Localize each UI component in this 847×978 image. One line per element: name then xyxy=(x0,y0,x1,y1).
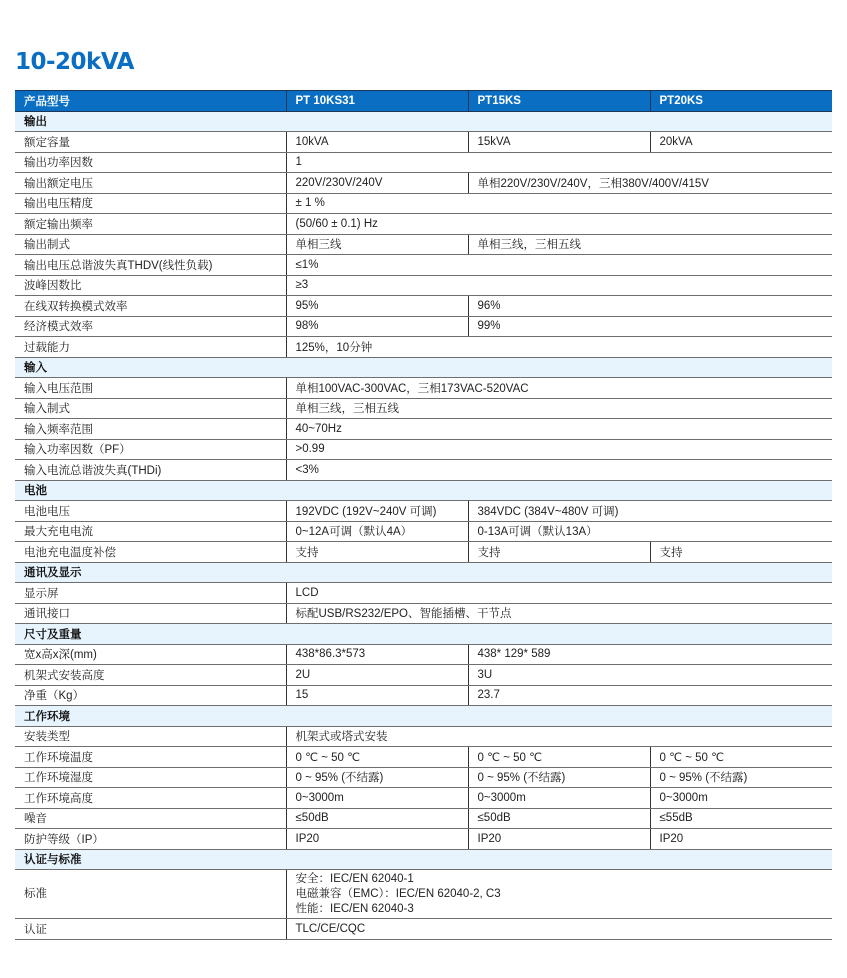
value-cell: IP20 xyxy=(650,829,832,850)
table-row: 噪音≤50dB≤50dB≤55dB xyxy=(15,808,832,829)
table-row: 输入频率范围40~70Hz xyxy=(15,419,832,440)
section-title: 工作环境 xyxy=(15,706,832,727)
row-label: 工作环境湿度 xyxy=(15,767,286,788)
row-label: 输入电压范围 xyxy=(15,378,286,399)
value-cell: IP20 xyxy=(468,829,650,850)
value-cell: 支持 xyxy=(468,542,650,563)
row-label: 波峰因数比 xyxy=(15,275,286,296)
value-cell: 0~3000m xyxy=(286,788,468,809)
table-row: 标准安全：IEC/EN 62040-1电磁兼容（EMC）：IEC/EN 6204… xyxy=(15,870,832,919)
value-cell: 0~3000m xyxy=(468,788,650,809)
row-label: 输入制式 xyxy=(15,398,286,419)
table-row: 输出电压精度± 1 % xyxy=(15,193,832,214)
section-row: 工作环境 xyxy=(15,706,832,727)
value-line: 性能：IEC/EN 62040-3 xyxy=(296,902,833,917)
table-row: 过载能力125%，10分钟 xyxy=(15,337,832,358)
value-cell: 支持 xyxy=(286,542,468,563)
row-label: 宽x高x深(mm) xyxy=(15,644,286,665)
section-title: 输入 xyxy=(15,357,832,378)
value-cell: ≤50dB xyxy=(468,808,650,829)
value-cell: 安全：IEC/EN 62040-1电磁兼容（EMC）：IEC/EN 62040-… xyxy=(286,870,832,919)
row-label: 输出电压总谐波失真THDV(线性负载) xyxy=(15,255,286,276)
section-title: 通讯及显示 xyxy=(15,562,832,583)
row-label: 工作环境高度 xyxy=(15,788,286,809)
value-cell: 98% xyxy=(286,316,468,337)
section-title: 输出 xyxy=(15,111,832,132)
value-cell: ≤50dB xyxy=(286,808,468,829)
table-row: 净重（Kg）1523.7 xyxy=(15,685,832,706)
table-row: 额定输出频率(50/60 ± 0.1) Hz xyxy=(15,214,832,235)
value-cell: 438*86.3*573 xyxy=(286,644,468,665)
value-cell: 单相三线 xyxy=(286,234,468,255)
row-label: 电池充电温度补偿 xyxy=(15,542,286,563)
row-label: 在线双转换模式效率 xyxy=(15,296,286,317)
section-row: 认证与标准 xyxy=(15,849,832,870)
value-cell: (50/60 ± 0.1) Hz xyxy=(286,214,832,235)
section-row: 尺寸及重量 xyxy=(15,624,832,645)
value-cell: <3% xyxy=(286,460,832,481)
header-cell-pt20ks: PT20KS xyxy=(650,91,832,112)
value-cell: 支持 xyxy=(650,542,832,563)
row-label: 电池电压 xyxy=(15,501,286,522)
table-row: 电池充电温度补偿支持支持支持 xyxy=(15,542,832,563)
table-row: 输出电压总谐波失真THDV(线性负载)≤1% xyxy=(15,255,832,276)
table-row: 输出制式单相三线单相三线，三相五线 xyxy=(15,234,832,255)
row-label: 额定输出频率 xyxy=(15,214,286,235)
header-cell-model-label: 产品型号 xyxy=(15,91,286,112)
value-cell: ≤55dB xyxy=(650,808,832,829)
table-row: 电池电压192VDC (192V~240V 可调)384VDC (384V~48… xyxy=(15,501,832,522)
table-header-row: 产品型号 PT 10KS31 PT15KS PT20KS xyxy=(15,91,832,112)
row-label: 输入频率范围 xyxy=(15,419,286,440)
row-label: 标准 xyxy=(15,870,286,919)
value-cell: 384VDC (384V~480V 可调) xyxy=(468,501,832,522)
table-row: 输出额定电压220V/230V/240V单相220V/230V/240V，三相3… xyxy=(15,173,832,194)
value-cell: 20kVA xyxy=(650,132,832,153)
section-row: 通讯及显示 xyxy=(15,562,832,583)
value-line: 电磁兼容（EMC）：IEC/EN 62040-2, C3 xyxy=(296,887,833,902)
table-row: 防护等级（IP）IP20IP20IP20 xyxy=(15,829,832,850)
value-line: 安全：IEC/EN 62040-1 xyxy=(296,872,833,887)
value-cell: 0~12A可调（默认4A） xyxy=(286,521,468,542)
header-cell-pt10ks31: PT 10KS31 xyxy=(286,91,468,112)
value-cell: 3U xyxy=(468,665,832,686)
header-cell-pt15ks: PT15KS xyxy=(468,91,650,112)
value-cell: TLC/CE/CQC xyxy=(286,919,832,940)
table-row: 认证TLC/CE/CQC xyxy=(15,919,832,940)
page-title: 10-20kVA xyxy=(15,49,134,75)
row-label: 噪音 xyxy=(15,808,286,829)
row-label: 输入功率因数（PF） xyxy=(15,439,286,460)
row-label: 输入电流总谐波失真(THDi) xyxy=(15,460,286,481)
value-cell: IP20 xyxy=(286,829,468,850)
value-cell: 单相220V/230V/240V，三相380V/400V/415V xyxy=(468,173,832,194)
section-title: 尺寸及重量 xyxy=(15,624,832,645)
table-row: 工作环境高度0~3000m0~3000m0~3000m xyxy=(15,788,832,809)
value-cell: 0 ℃ ~ 50 ℃ xyxy=(286,747,468,768)
section-title: 电池 xyxy=(15,480,832,501)
table-row: 安装类型机架式或塔式安装 xyxy=(15,726,832,747)
row-label: 工作环境温度 xyxy=(15,747,286,768)
row-label: 通讯接口 xyxy=(15,603,286,624)
row-label: 经济模式效率 xyxy=(15,316,286,337)
value-cell: 0 ℃ ~ 50 ℃ xyxy=(650,747,832,768)
value-cell: 95% xyxy=(286,296,468,317)
section-row: 输出 xyxy=(15,111,832,132)
table-row: 工作环境温度0 ℃ ~ 50 ℃0 ℃ ~ 50 ℃0 ℃ ~ 50 ℃ xyxy=(15,747,832,768)
value-cell: 15kVA xyxy=(468,132,650,153)
row-label: 最大充电电流 xyxy=(15,521,286,542)
row-label: 额定容量 xyxy=(15,132,286,153)
row-label: 输出额定电压 xyxy=(15,173,286,194)
value-cell: 0 ~ 95% (不结露) xyxy=(650,767,832,788)
value-cell: 0~3000m xyxy=(650,788,832,809)
table-row: 输入制式单相三线，三相五线 xyxy=(15,398,832,419)
value-cell: LCD xyxy=(286,583,832,604)
table-row: 输入功率因数（PF）>0.99 xyxy=(15,439,832,460)
section-row: 输入 xyxy=(15,357,832,378)
table-row: 宽x高x深(mm)438*86.3*573438* 129* 589 xyxy=(15,644,832,665)
value-cell: ≥3 xyxy=(286,275,832,296)
value-cell: 0-13A可调（默认13A） xyxy=(468,521,832,542)
value-cell: 40~70Hz xyxy=(286,419,832,440)
value-cell: 单相三线，三相五线 xyxy=(286,398,832,419)
table-row: 输入电流总谐波失真(THDi)<3% xyxy=(15,460,832,481)
section-row: 电池 xyxy=(15,480,832,501)
value-cell: 机架式或塔式安装 xyxy=(286,726,832,747)
value-cell: ± 1 % xyxy=(286,193,832,214)
row-label: 输出功率因数 xyxy=(15,152,286,173)
row-label: 防护等级（IP） xyxy=(15,829,286,850)
section-title: 认证与标准 xyxy=(15,849,832,870)
table-row: 经济模式效率98%99% xyxy=(15,316,832,337)
value-cell: 单相三线，三相五线 xyxy=(468,234,832,255)
table-row: 最大充电电流0~12A可调（默认4A）0-13A可调（默认13A） xyxy=(15,521,832,542)
table-row: 在线双转换模式效率95%96% xyxy=(15,296,832,317)
value-cell: 标配USB/RS232/EPO、智能插槽、干节点 xyxy=(286,603,832,624)
value-cell: 0 ~ 95% (不结露) xyxy=(286,767,468,788)
value-cell: 125%，10分钟 xyxy=(286,337,832,358)
value-cell: 10kVA xyxy=(286,132,468,153)
table-row: 工作环境湿度0 ~ 95% (不结露)0 ~ 95% (不结露)0 ~ 95% … xyxy=(15,767,832,788)
row-label: 安装类型 xyxy=(15,726,286,747)
spec-table: 产品型号 PT 10KS31 PT15KS PT20KS 输出额定容量10kVA… xyxy=(15,90,832,940)
table-row: 输出功率因数1 xyxy=(15,152,832,173)
value-cell: ≤1% xyxy=(286,255,832,276)
row-label: 净重（Kg） xyxy=(15,685,286,706)
table-row: 机架式安装高度2U3U xyxy=(15,665,832,686)
row-label: 输出电压精度 xyxy=(15,193,286,214)
value-cell: 0 ~ 95% (不结露) xyxy=(468,767,650,788)
value-cell: >0.99 xyxy=(286,439,832,460)
value-cell: 15 xyxy=(286,685,468,706)
value-cell: 23.7 xyxy=(468,685,832,706)
row-label: 机架式安装高度 xyxy=(15,665,286,686)
value-cell: 438* 129* 589 xyxy=(468,644,832,665)
value-cell: 单相100VAC-300VAC，三相173VAC-520VAC xyxy=(286,378,832,399)
table-row: 通讯接口标配USB/RS232/EPO、智能插槽、干节点 xyxy=(15,603,832,624)
table-row: 额定容量10kVA15kVA20kVA xyxy=(15,132,832,153)
value-cell: 1 xyxy=(286,152,832,173)
table-row: 显示屏LCD xyxy=(15,583,832,604)
row-label: 过载能力 xyxy=(15,337,286,358)
value-cell: 220V/230V/240V xyxy=(286,173,468,194)
value-cell: 99% xyxy=(468,316,832,337)
value-cell: 192VDC (192V~240V 可调) xyxy=(286,501,468,522)
table-row: 波峰因数比≥3 xyxy=(15,275,832,296)
table-row: 输入电压范围单相100VAC-300VAC，三相173VAC-520VAC xyxy=(15,378,832,399)
row-label: 显示屏 xyxy=(15,583,286,604)
value-cell: 96% xyxy=(468,296,832,317)
value-cell: 2U xyxy=(286,665,468,686)
value-cell: 0 ℃ ~ 50 ℃ xyxy=(468,747,650,768)
row-label: 认证 xyxy=(15,919,286,940)
row-label: 输出制式 xyxy=(15,234,286,255)
